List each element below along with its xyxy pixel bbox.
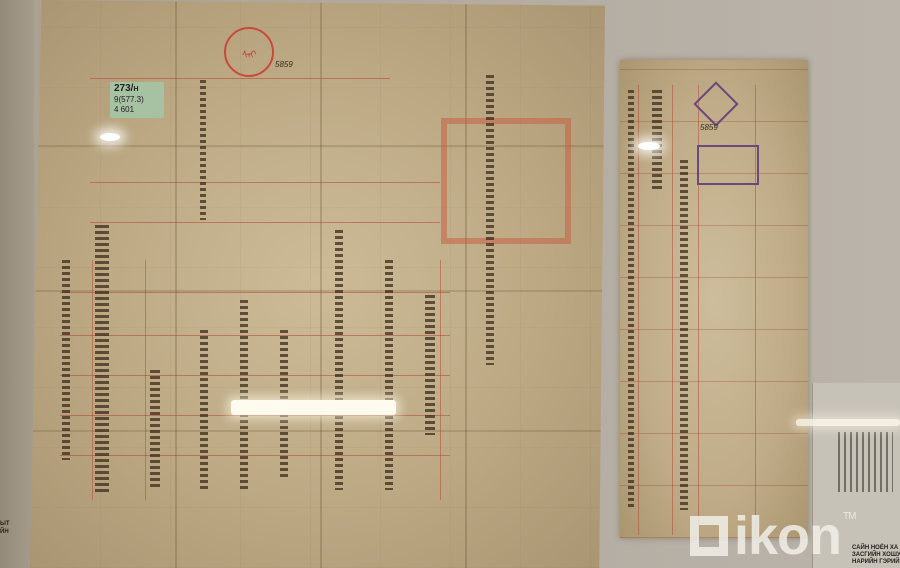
script-column	[385, 260, 393, 490]
ruled-line	[92, 260, 93, 500]
caption-line: НАРИЙН ГЭРИЙН У	[852, 559, 900, 566]
script-column	[425, 295, 435, 435]
left-caption: ЫТ ЙН	[0, 520, 10, 536]
light-reflection	[796, 419, 900, 426]
script-column	[95, 225, 109, 495]
fold-line	[175, 0, 177, 568]
script-column	[200, 80, 206, 220]
side-document-number: 5859	[700, 123, 718, 132]
light-reflection	[638, 142, 660, 150]
watermark-logo-icon	[690, 516, 728, 556]
light-reflection	[100, 133, 120, 141]
label-line-1: 273/	[114, 83, 133, 94]
script-column	[62, 260, 70, 460]
label-line-3: 4 601	[114, 105, 160, 115]
fold-line	[320, 0, 322, 568]
ikon-watermark: ikon TM	[690, 505, 855, 567]
ruled-line	[90, 222, 440, 223]
script-column	[150, 370, 160, 490]
label-line-1-sub: H	[133, 86, 138, 93]
catalog-label: 273/H 9(577.3) 4 601	[110, 82, 164, 118]
ruled-line	[638, 85, 639, 535]
document-number: 5859	[275, 60, 293, 69]
ruled-line	[672, 85, 673, 535]
red-square-seal	[441, 118, 571, 244]
script-column	[335, 230, 343, 490]
fold-line	[30, 430, 605, 432]
caption-line: САЙН НОЁН ХА	[852, 545, 900, 552]
light-reflection	[231, 400, 396, 415]
wall-left	[0, 0, 34, 568]
ruled-line	[90, 182, 440, 183]
script-column	[680, 160, 688, 510]
caption-line: ЙН	[0, 528, 10, 536]
watermark-tm: TM	[843, 511, 855, 522]
label-line-2: 9(577.3)	[114, 95, 160, 105]
watermark-text: ikon	[734, 505, 841, 567]
caption-text: САЙН НОЁН ХА ЗАСГИЙН ХОШУ НАРИЙН ГЭРИЙН …	[852, 545, 900, 566]
script-column	[200, 330, 208, 490]
caption-script-text	[838, 432, 893, 492]
script-column	[486, 75, 494, 365]
caption-line: ЗАСГИЙН ХОШУ	[852, 552, 900, 559]
ruled-line	[145, 260, 146, 500]
caption-line: ЫТ	[0, 520, 10, 528]
script-column	[240, 300, 248, 490]
script-column	[628, 90, 634, 510]
ruled-line	[90, 78, 390, 79]
red-circular-seal: ᠰᠠᠢ	[224, 27, 274, 77]
script-column	[652, 90, 662, 190]
purple-rect-stamp	[697, 145, 759, 185]
ruled-line	[440, 260, 441, 500]
fold-line	[465, 0, 467, 568]
